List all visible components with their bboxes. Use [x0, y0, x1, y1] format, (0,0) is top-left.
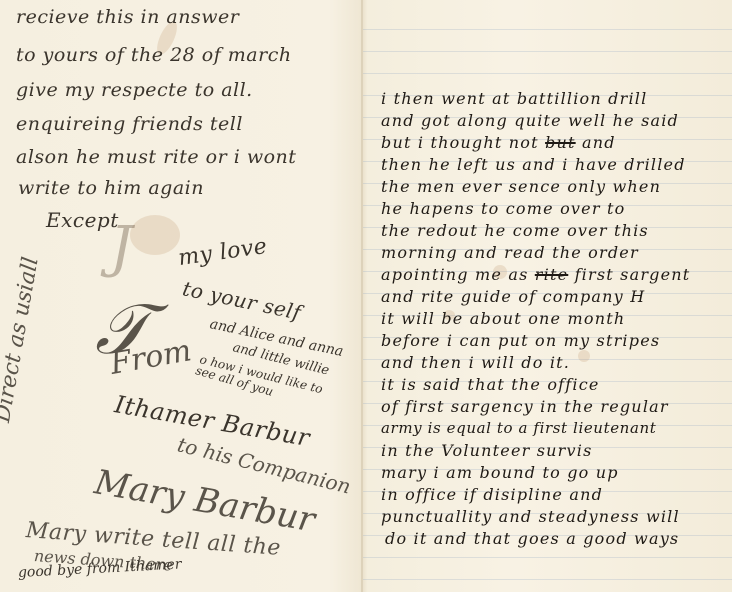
letter-line: of first sargency in the regular [381, 397, 669, 416]
letter-line: to yours of the 28 of march [16, 44, 292, 66]
letter-line: i then went at battillion drill [381, 89, 647, 108]
letter-line: in office if disipline and [381, 485, 603, 504]
letter-line: and rite guide of company H [381, 287, 645, 306]
flourish-letter: J [110, 215, 132, 280]
letter-line: and got along quite well he said [381, 111, 679, 130]
letter-line: enquireing friends tell [16, 113, 243, 135]
left-page: recieve this in answer to yours of the 2… [0, 0, 362, 592]
struck-word: rite [535, 265, 568, 284]
letter-line: before i can put on my stripes [381, 331, 660, 350]
letter-line: morning and read the order [381, 243, 639, 262]
letter-line: alson he must rite or i wont [16, 146, 296, 168]
closing-to-yourself: to your self [181, 276, 304, 325]
letter-scan: recieve this in answer to yours of the 2… [0, 0, 732, 592]
line-text: and [582, 133, 616, 152]
letter-line: and then i will do it. [381, 353, 570, 372]
letter-line: mary i am bound to go up [381, 463, 619, 482]
letter-line: punctuallity and steadyness will [381, 507, 680, 526]
letter-line: apointing me as rite first sargent [381, 265, 690, 284]
line-text: first sargent [575, 265, 691, 284]
margin-note: Direct as usiall [0, 255, 44, 424]
stain [578, 350, 590, 362]
letter-line: in the Volunteer survis [381, 441, 592, 460]
line-text: but i thought not [381, 133, 539, 152]
letter-line: recieve this in answer [16, 6, 239, 28]
letter-line: but i thought not but and [381, 133, 616, 152]
struck-word: but [545, 133, 576, 152]
letter-line: the redout he come over this [381, 221, 649, 240]
letter-line: he hapens to come over to [381, 199, 625, 218]
line-text: apointing me as [381, 265, 529, 284]
letter-line: then he left us and i have drilled [381, 155, 686, 174]
letter-line: the men ever sence only when [381, 177, 661, 196]
closing-my-love: my love [177, 234, 269, 271]
letter-line: write to him again [18, 177, 204, 199]
except-word: Except [46, 208, 119, 232]
letter-line: give my respecte to all. [16, 79, 253, 101]
letter-line: army is equal to a first lieutenant [381, 419, 656, 437]
stain [130, 215, 180, 255]
letter-line: it is said that the office [381, 375, 600, 394]
letter-line: it will be about one month [381, 309, 625, 328]
letter-line: do it and that goes a good ways [385, 529, 679, 548]
right-page: i then went at battillion drill and got … [363, 0, 732, 592]
